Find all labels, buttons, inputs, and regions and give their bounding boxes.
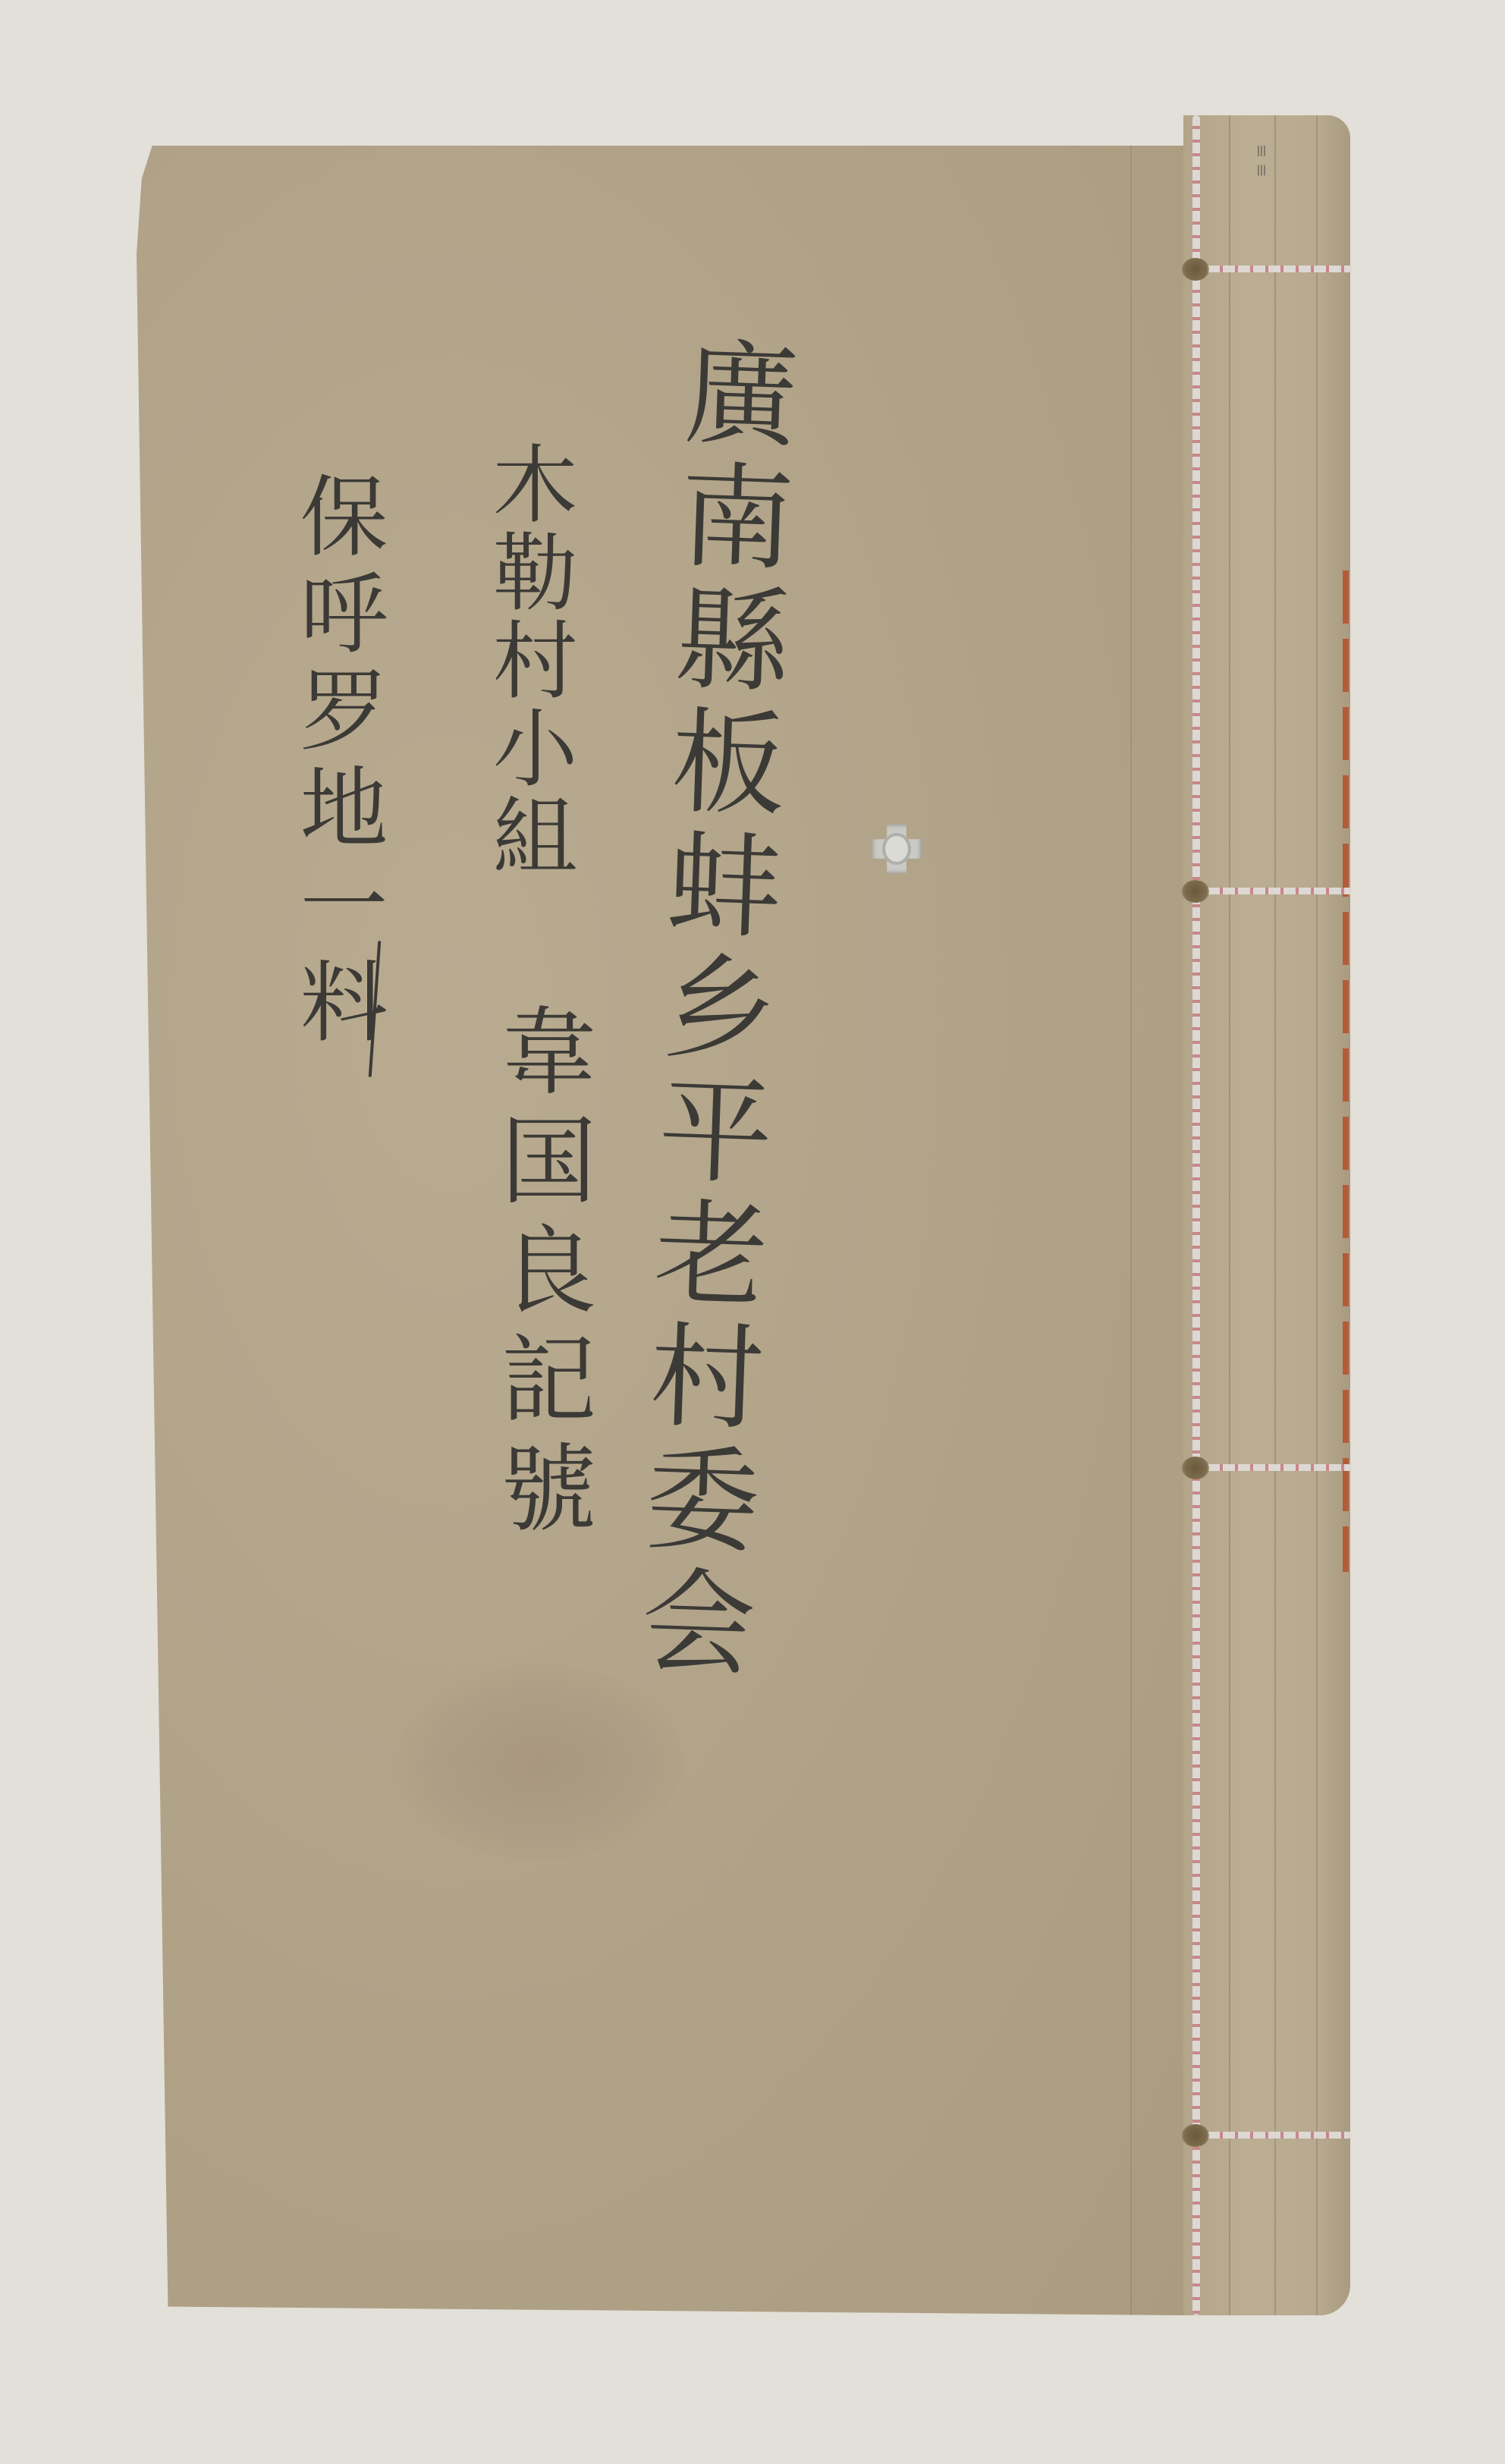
page-fold-line [1316, 115, 1318, 2315]
page-fold-line [1274, 115, 1276, 2315]
spine-page-stack [1183, 115, 1350, 2315]
binding-thread-loop [1192, 2132, 1352, 2139]
water-stain [394, 1663, 683, 1860]
page-fold-line [1229, 115, 1230, 2315]
stitch-knot [1182, 1457, 1209, 1479]
metal-grommet-icon [871, 823, 922, 875]
stitch-knot [1182, 880, 1209, 903]
binding-thread-loop [1192, 266, 1352, 272]
binding-thread-loop [1192, 888, 1352, 894]
binding-thread-loop [1192, 1464, 1352, 1471]
binding-thread-vertical [1192, 115, 1200, 2315]
red-page-edge [1343, 570, 1349, 1572]
village-group-column: 木勒村小組 [485, 440, 570, 880]
spine-marks: ≡ ≡ [1252, 144, 1271, 178]
grommet-hole [882, 833, 911, 865]
owner-mark-column: 韋国良記號 [493, 1001, 589, 1548]
stitch-knot [1182, 2124, 1209, 2147]
cover-fold-line [1130, 146, 1132, 2315]
stitch-knot [1182, 258, 1209, 281]
land-record-column: 保呼罗地一料 [292, 470, 380, 1053]
